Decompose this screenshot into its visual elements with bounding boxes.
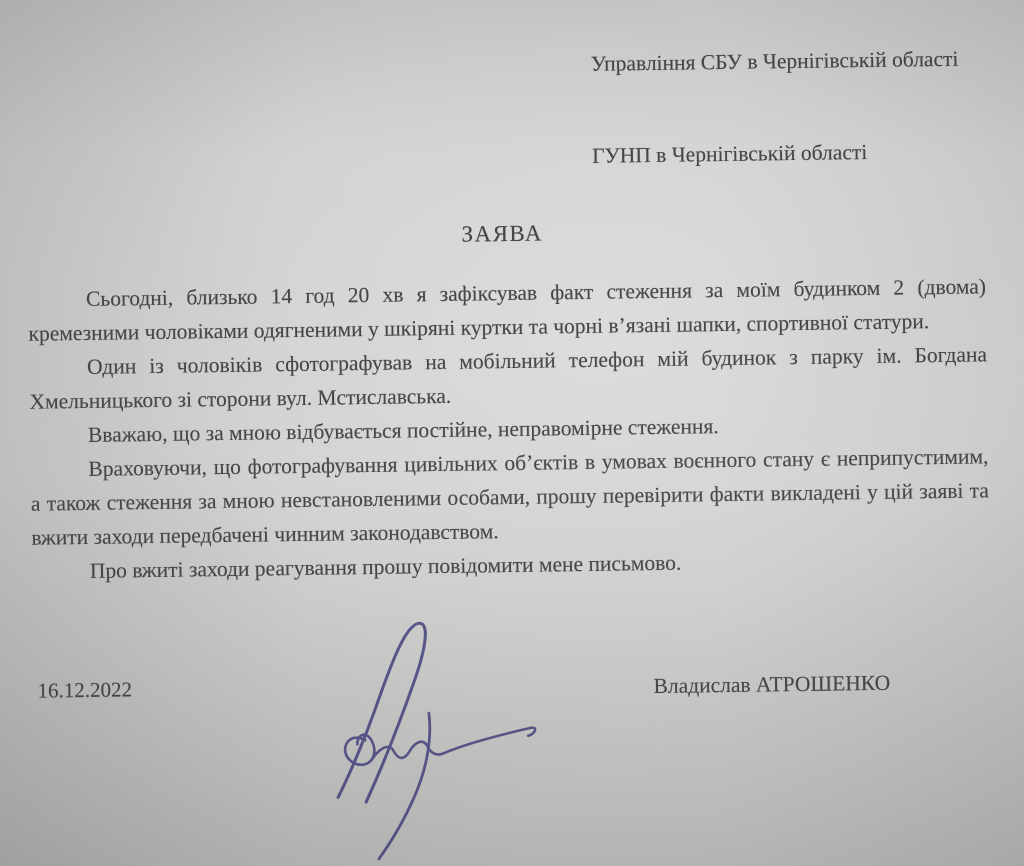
document-date: 16.12.2022 [37, 677, 132, 703]
signature-graphic [305, 610, 547, 866]
paragraph-request: Враховуючи, що фотографування цивільних … [30, 439, 989, 554]
recipient-gunp: ГУНП в Чернігівській області [592, 135, 977, 171]
document-title: ЗАЯВА [0, 214, 1007, 254]
recipient-sbu: Управління СБУ в Чернігівській області [591, 43, 976, 79]
statement-body: Сьогодні, близько 14 год 20 хв я зафіксу… [28, 269, 990, 588]
photographed-document: Управління СБУ в Чернігівській області Г… [0, 0, 1024, 866]
signatory-name: Владислав АТРОШЕНКО [653, 671, 890, 699]
statement-page: Управління СБУ в Чернігівській області Г… [0, 0, 1024, 866]
